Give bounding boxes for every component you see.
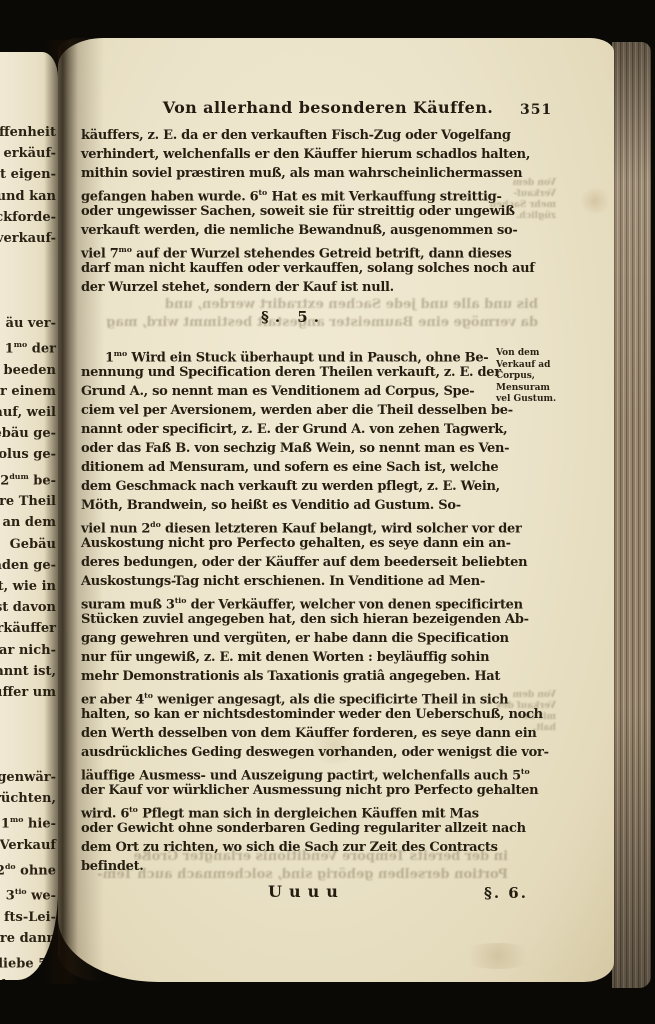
text-line: fts-Lei- [0,907,56,928]
text-line: wird. 6to Pflegt man sich in dergleichen… [81,800,549,819]
text-line: des Ver- [0,975,56,980]
paragraph-1: käuffers, z. E. da er den verkauften Fis… [81,126,535,297]
text-line: vel Gustum. [496,394,560,406]
text-line: Gebäu [0,534,56,555]
text-line [0,249,56,270]
text-line: annt ist, [0,661,56,682]
text-line: 3tio we- [0,881,56,907]
text-line: verkauf- [0,228,56,249]
text-line: erkäuf- [0,143,56,164]
text-line: ciem vel per Aversionem, werden aber die… [81,401,549,420]
text-line: Verkauf ad [496,360,560,372]
text-line: darf man nicht kauffen oder verkauffen, … [81,259,535,278]
text-line: Corpus, [496,371,560,383]
running-title: Von allerhand besonderen Käuffen. [128,98,528,117]
paper-stain [458,943,538,969]
text-line: viel 7mo auf der Wurzel stehendes Getrei… [81,240,535,259]
text-line: befindet. [81,857,549,876]
text-line: 2dum be- [0,466,56,492]
text-line: gang gewehren und vergüten, er habe dann… [81,629,549,648]
text-line: Verkauf [0,835,56,856]
text-line: an dem [0,512,56,533]
text-line: aden ge- [0,555,56,576]
text-line: er aber 4to weniger angesagt, als die sp… [81,686,549,705]
text-line [0,270,56,291]
text-line: deres bedungen, oder der Käuffer auf dem… [81,553,549,572]
text-line: st davon [0,597,56,618]
page-number: 351 [520,102,552,118]
text-line: ditionem ad Mensuram, und sofern es eine… [81,458,549,477]
text-line: dem Geschmack nach verkauft zu werden pf… [81,477,549,496]
text-line: nannt oder specificirt, z. E. der Grund … [81,420,549,439]
text-line: 2do ohne [0,856,56,882]
fore-edge-pages [612,42,651,988]
paragraph-2: 1mo Wird ein Stuck überhaupt und in Paus… [81,344,549,876]
text-line: beeden [0,360,56,381]
text-line: suram muß 3tio der Verkäuffer, welcher v… [81,591,549,610]
text-line: viel nun 2do diesen letzteren Kauf belan… [81,515,549,534]
text-line: den Werth desselben von dem Käuffer ford… [81,724,549,743]
text-line: oder das Faß B. von sechzig Maß Wein, so… [81,439,549,458]
text-line: dem Ort zu richten, wo sich die Sach zur… [81,838,549,857]
text-line: äre dann [0,928,56,949]
left-page-edge: ffenheiterkäuf-t eigen-und kanckforde-ve… [0,52,58,980]
text-line: Auskostungs-Tag nicht erschienen. In Ven… [81,572,549,591]
text-line: und kan [0,186,56,207]
margin-note: Von demVerkauf adCorpus,Mensuramvel Gust… [496,348,560,406]
text-line: ausdrückliches Geding deswegen vorhanden… [81,743,549,762]
text-line: Auskostung nicht pro Perfecto gehalten, … [81,534,549,553]
text-line: der Wurzel stehet, sondern der Kauf ist … [81,278,535,297]
text-line [0,292,56,313]
text-line: re Theil [0,491,56,512]
text-line: Mensuram [496,383,560,395]
text-line: oder Gewicht ohne sonderbaren Geding reg… [81,819,549,838]
book-page: Von allerhand besonderen Käuffen. 351 bi… [58,38,614,982]
text-line: t eigen- [0,164,56,185]
text-line: mithin soviel præstiren muß, als man wah… [81,164,535,183]
text-line: mehr Demonstrationis als Taxationis grat… [81,667,549,686]
text-line: Stücken zuviel angegeben hat, den sich h… [81,610,549,629]
section-heading: §. 5. [81,308,505,326]
book-scan: ffenheiterkäuf-t eigen-und kanckforde-ve… [0,0,655,1024]
text-line: halten, so kan er nichtsdestominder wede… [81,705,549,724]
text-line: ffenheit [0,122,56,143]
text-line: 1mo der [0,334,56,360]
text-line: erkäuffer [0,618,56,639]
text-line: nur für ungewiß, z. E. mit denen Worten … [81,648,549,667]
text-line: oder ungewisser Sachen, soweit sie für s… [81,202,535,221]
text-line [0,746,56,767]
left-page-text: ffenheiterkäuf-t eigen-und kanckforde-ve… [0,122,56,980]
text-line: Grund A., so nennt man es Venditionem ad… [81,382,549,401]
text-line: verkauft werden, die nemliche Bewandnuß,… [81,221,535,240]
text-line: der Kauf vor würklicher Ausmessung nicht… [81,781,549,800]
text-line: r einem [0,381,56,402]
text-line: Möth, Brandwein, so heißt es Venditio ad… [81,496,549,515]
text-line: olus ge- [0,444,56,465]
text-line [0,724,56,745]
paper-stain [578,188,612,214]
text-line: rüchten, [0,788,56,809]
text-line: 1mo hie- [0,809,56,835]
text-line: egenwär- [0,767,56,788]
text-line: äu ver- [0,313,56,334]
text-line: ckforde- [0,207,56,228]
text-line: käuffers, z. E. da er den verkauften Fis… [81,126,535,145]
catchword: §. 6. [484,884,528,902]
text-line: gar nich- [0,640,56,661]
text-line: t, wie in [0,576,56,597]
text-line: 1mo Wird ein Stuck überhaupt und in Paus… [81,344,549,363]
text-line: ebäu ge- [0,423,56,444]
text-line [0,703,56,724]
text-line: auf, weil [0,402,56,423]
text-line: läuffige Ausmess- und Auszeigung pactirt… [81,762,549,781]
text-line: uffer um [0,682,56,703]
text-line: gefangen haben wurde. 6to Hat es mit Ver… [81,183,535,202]
text-line: liebe 5to [0,949,56,975]
text-line: verhindert, welchenfalls er den Käuffer … [81,145,535,164]
text-line: Von dem [496,348,560,360]
signature-mark: Uuuu [268,882,345,901]
text-line: nennung und Specification deren Theilen … [81,363,549,382]
